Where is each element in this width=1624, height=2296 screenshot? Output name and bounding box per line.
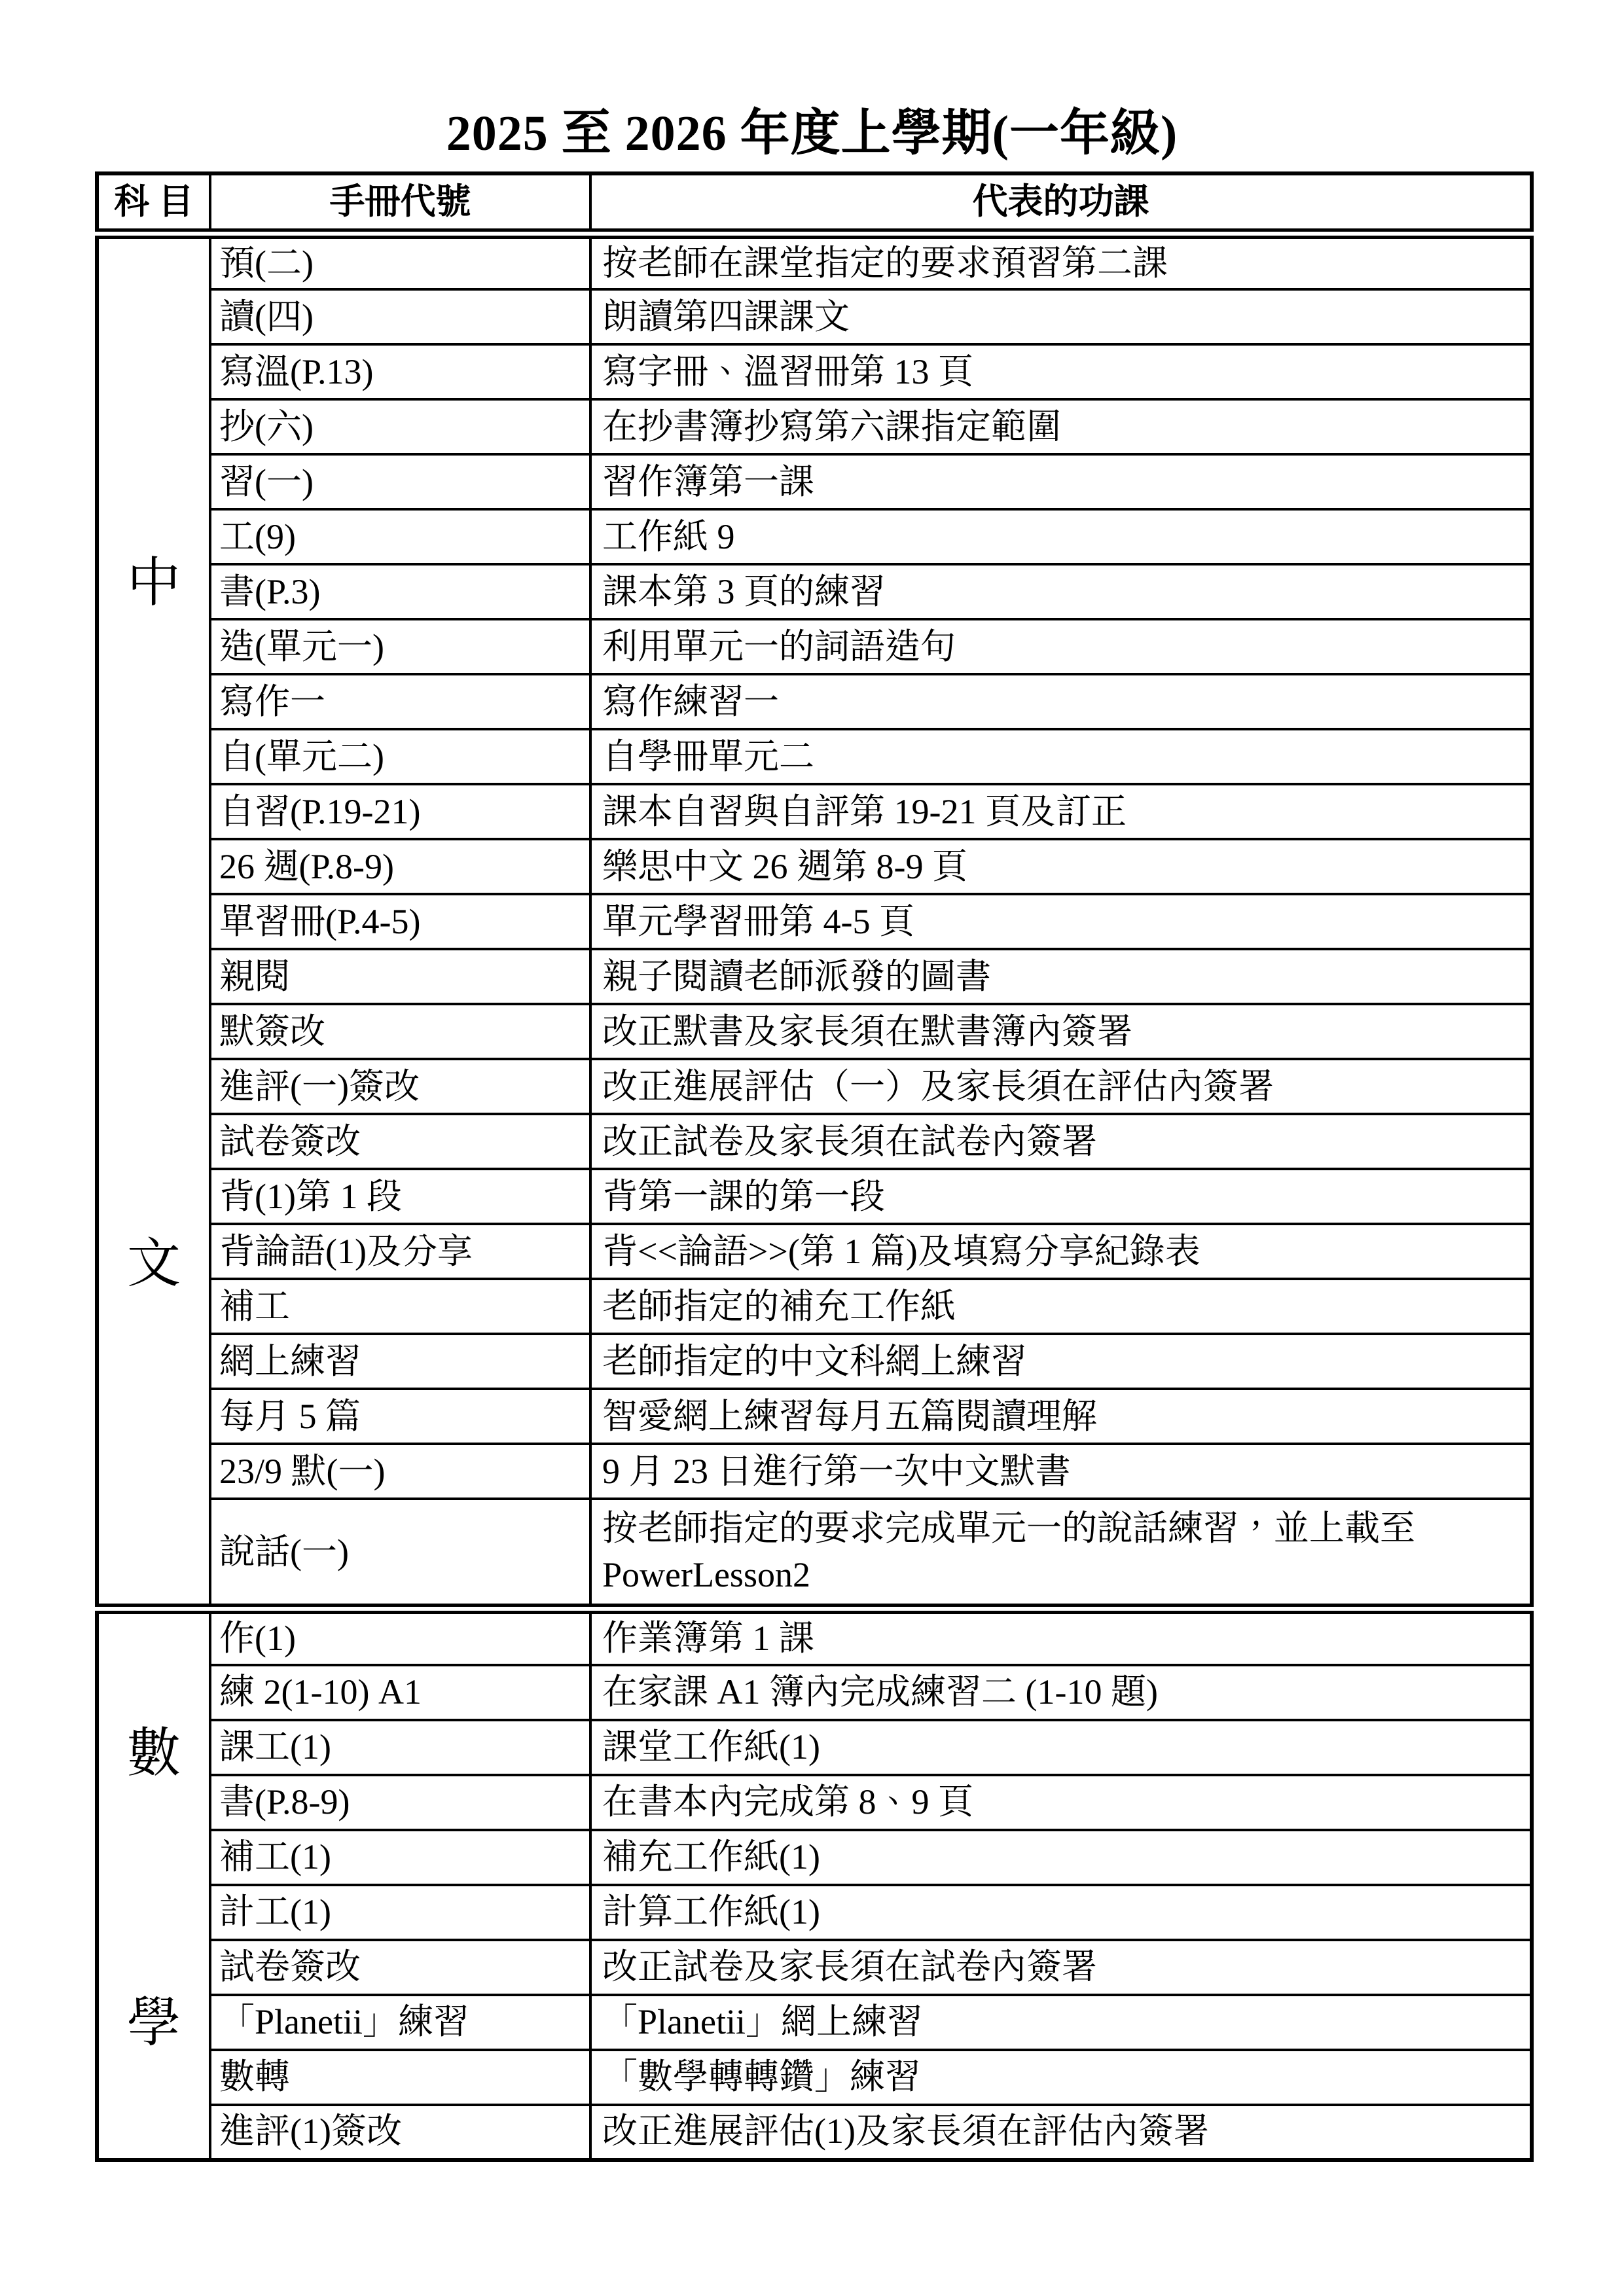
table-body: 中文預(二)按老師在課堂指定的要求預習第二課讀(四)朗讀第四課課文寫溫(P.13…: [97, 234, 1532, 2160]
homework-cell: 改正進展評估（一）及家長須在評估內簽署: [590, 1059, 1532, 1114]
table-row: 試卷簽改改正試卷及家長須在試卷內簽署: [97, 1940, 1532, 1995]
homework-cell: 改正試卷及家長須在試卷內簽署: [590, 1114, 1532, 1169]
table-row: 書(P.8-9)在書本內完成第 8、9 頁: [97, 1775, 1532, 1830]
table-row: 讀(四)朗讀第四課課文: [97, 289, 1532, 344]
code-cell: 數轉: [210, 2050, 590, 2105]
homework-cell: 在抄書簿抄寫第六課指定範圍: [590, 399, 1532, 454]
table-row: 自(單元二)自學冊單元二: [97, 729, 1532, 784]
code-cell: 作(1): [210, 1609, 590, 1664]
table-row: 數轉「數學轉轉鑽」練習: [97, 2050, 1532, 2105]
subject-cell: 數學: [97, 1609, 210, 2159]
header-subject: 科 目: [97, 173, 210, 234]
homework-cell: 工作紙 9: [590, 509, 1532, 564]
homework-cell: 在家課 A1 簿內完成練習二 (1-10 題): [590, 1665, 1532, 1720]
code-cell: 試卷簽改: [210, 1940, 590, 1995]
subject-cell: 中文: [97, 234, 210, 1609]
code-cell: 背論語(1)及分享: [210, 1224, 590, 1279]
homework-cell: 課堂工作紙(1): [590, 1720, 1532, 1775]
code-cell: 書(P.3): [210, 564, 590, 619]
homework-cell: 9 月 23 日進行第一次中文默書: [590, 1444, 1532, 1499]
table-row: 網上練習老師指定的中文科網上練習: [97, 1334, 1532, 1389]
code-cell: 讀(四): [210, 289, 590, 344]
homework-cell: 「Planetii」網上練習: [590, 1995, 1532, 2050]
header-row: 科 目 手冊代號 代表的功課: [97, 173, 1532, 234]
code-cell: 補工: [210, 1279, 590, 1334]
homework-cell: 改正試卷及家長須在試卷內簽署: [590, 1940, 1532, 1995]
code-cell: 每月 5 篇: [210, 1389, 590, 1444]
table-row: 每月 5 篇智愛網上練習每月五篇閱讀理解: [97, 1389, 1532, 1444]
homework-cell: 按老師指定的要求完成單元一的說話練習，並上載至 PowerLesson2: [590, 1499, 1532, 1609]
table-row: 「Planetii」練習「Planetii」網上練習: [97, 1995, 1532, 2050]
code-cell: 「Planetii」練習: [210, 1995, 590, 2050]
homework-cell: 習作簿第一課: [590, 454, 1532, 509]
code-cell: 習(一): [210, 454, 590, 509]
homework-cell: 計算工作紙(1): [590, 1885, 1532, 1940]
header-code: 手冊代號: [210, 173, 590, 234]
code-cell: 課工(1): [210, 1720, 590, 1775]
code-cell: 寫作一: [210, 674, 590, 729]
homework-cell: 「數學轉轉鑽」練習: [590, 2050, 1532, 2105]
homework-cell: 利用單元一的詞語造句: [590, 619, 1532, 674]
subject-label: 中文: [99, 239, 209, 1604]
code-cell: 默簽改: [210, 1004, 590, 1059]
code-cell: 26 週(P.8-9): [210, 839, 590, 894]
code-cell: 造(單元一): [210, 619, 590, 674]
subject-label: 數學: [99, 1614, 209, 2157]
table-row: 進評(一)簽改改正進展評估（一）及家長須在評估內簽署: [97, 1059, 1532, 1114]
table-row: 26 週(P.8-9)樂思中文 26 週第 8-9 頁: [97, 839, 1532, 894]
homework-cell: 改正進展評估(1)及家長須在評估內簽署: [590, 2105, 1532, 2160]
table-row: 23/9 默(一)9 月 23 日進行第一次中文默書: [97, 1444, 1532, 1499]
homework-cell: 課本第 3 頁的練習: [590, 564, 1532, 619]
table-row: 造(單元一)利用單元一的詞語造句: [97, 619, 1532, 674]
table-row: 抄(六)在抄書簿抄寫第六課指定範圍: [97, 399, 1532, 454]
homework-cell: 寫作練習一: [590, 674, 1532, 729]
homework-cell: 寫字冊、溫習冊第 13 頁: [590, 344, 1532, 399]
table-row: 寫作一寫作練習一: [97, 674, 1532, 729]
homework-cell: 老師指定的補充工作紙: [590, 1279, 1532, 1334]
table-row: 習(一)習作簿第一課: [97, 454, 1532, 509]
table-row: 中文預(二)按老師在課堂指定的要求預習第二課: [97, 234, 1532, 289]
homework-cell: 背第一課的第一段: [590, 1169, 1532, 1224]
homework-cell: 智愛網上練習每月五篇閱讀理解: [590, 1389, 1532, 1444]
homework-cell: 按老師在課堂指定的要求預習第二課: [590, 234, 1532, 289]
code-cell: 補工(1): [210, 1830, 590, 1885]
table-row: 背論語(1)及分享背<<論語>>(第 1 篇)及填寫分享紀錄表: [97, 1224, 1532, 1279]
homework-cell: 在書本內完成第 8、9 頁: [590, 1775, 1532, 1830]
code-cell: 寫溫(P.13): [210, 344, 590, 399]
code-cell: 預(二): [210, 234, 590, 289]
code-cell: 網上練習: [210, 1334, 590, 1389]
table-header: 科 目 手冊代號 代表的功課: [97, 173, 1532, 234]
table-row: 補工(1)補充工作紙(1): [97, 1830, 1532, 1885]
page-title: 2025 至 2026 年度上學期(一年級): [0, 93, 1624, 164]
homework-cell: 親子閱讀老師派發的圖書: [590, 949, 1532, 1004]
code-cell: 親閱: [210, 949, 590, 1004]
homework-code-table: 科 目 手冊代號 代表的功課 中文預(二)按老師在課堂指定的要求預習第二課讀(四…: [95, 171, 1534, 2162]
code-cell: 抄(六): [210, 399, 590, 454]
code-cell: 單習冊(P.4-5): [210, 894, 590, 949]
subject-char: 學: [127, 1996, 181, 2050]
subject-char: 數: [127, 1727, 181, 1780]
homework-cell: 朗讀第四課課文: [590, 289, 1532, 344]
table-row: 補工老師指定的補充工作紙: [97, 1279, 1532, 1334]
table-row: 說話(一)按老師指定的要求完成單元一的說話練習，並上載至 PowerLesson…: [97, 1499, 1532, 1609]
table-row: 試卷簽改改正試卷及家長須在試卷內簽署: [97, 1114, 1532, 1169]
table-row: 計工(1)計算工作紙(1): [97, 1885, 1532, 1940]
homework-cell: 背<<論語>>(第 1 篇)及填寫分享紀錄表: [590, 1224, 1532, 1279]
code-cell: 說話(一): [210, 1499, 590, 1609]
table-row: 單習冊(P.4-5)單元學習冊第 4-5 頁: [97, 894, 1532, 949]
homework-cell: 補充工作紙(1): [590, 1830, 1532, 1885]
table-row: 自習(P.19-21)課本自習與自評第 19-21 頁及訂正: [97, 784, 1532, 839]
table-row: 數學作(1)作業簿第 1 課: [97, 1609, 1532, 1664]
header-homework: 代表的功課: [590, 173, 1532, 234]
table-row: 默簽改改正默書及家長須在默書簿內簽署: [97, 1004, 1532, 1059]
code-cell: 書(P.8-9): [210, 1775, 590, 1830]
code-cell: 練 2(1-10) A1: [210, 1665, 590, 1720]
code-cell: 計工(1): [210, 1885, 590, 1940]
homework-cell: 老師指定的中文科網上練習: [590, 1334, 1532, 1389]
code-cell: 進評(1)簽改: [210, 2105, 590, 2160]
table-row: 書(P.3)課本第 3 頁的練習: [97, 564, 1532, 619]
table-row: 工(9)工作紙 9: [97, 509, 1532, 564]
subject-char: 文: [127, 1237, 181, 1291]
homework-cell: 改正默書及家長須在默書簿內簽署: [590, 1004, 1532, 1059]
code-cell: 背(1)第 1 段: [210, 1169, 590, 1224]
code-cell: 自習(P.19-21): [210, 784, 590, 839]
code-cell: 23/9 默(一): [210, 1444, 590, 1499]
code-cell: 進評(一)簽改: [210, 1059, 590, 1114]
table-row: 背(1)第 1 段背第一課的第一段: [97, 1169, 1532, 1224]
table-row: 練 2(1-10) A1在家課 A1 簿內完成練習二 (1-10 題): [97, 1665, 1532, 1720]
code-cell: 自(單元二): [210, 729, 590, 784]
homework-cell: 作業簿第 1 課: [590, 1609, 1532, 1664]
code-cell: 試卷簽改: [210, 1114, 590, 1169]
homework-cell: 樂思中文 26 週第 8-9 頁: [590, 839, 1532, 894]
table-row: 課工(1)課堂工作紙(1): [97, 1720, 1532, 1775]
homework-cell: 課本自習與自評第 19-21 頁及訂正: [590, 784, 1532, 839]
code-cell: 工(9): [210, 509, 590, 564]
table-row: 寫溫(P.13)寫字冊、溫習冊第 13 頁: [97, 344, 1532, 399]
table-row: 進評(1)簽改改正進展評估(1)及家長須在評估內簽署: [97, 2105, 1532, 2160]
homework-cell: 自學冊單元二: [590, 729, 1532, 784]
subject-char: 中: [127, 556, 181, 610]
homework-cell: 單元學習冊第 4-5 頁: [590, 894, 1532, 949]
table-row: 親閱親子閱讀老師派發的圖書: [97, 949, 1532, 1004]
